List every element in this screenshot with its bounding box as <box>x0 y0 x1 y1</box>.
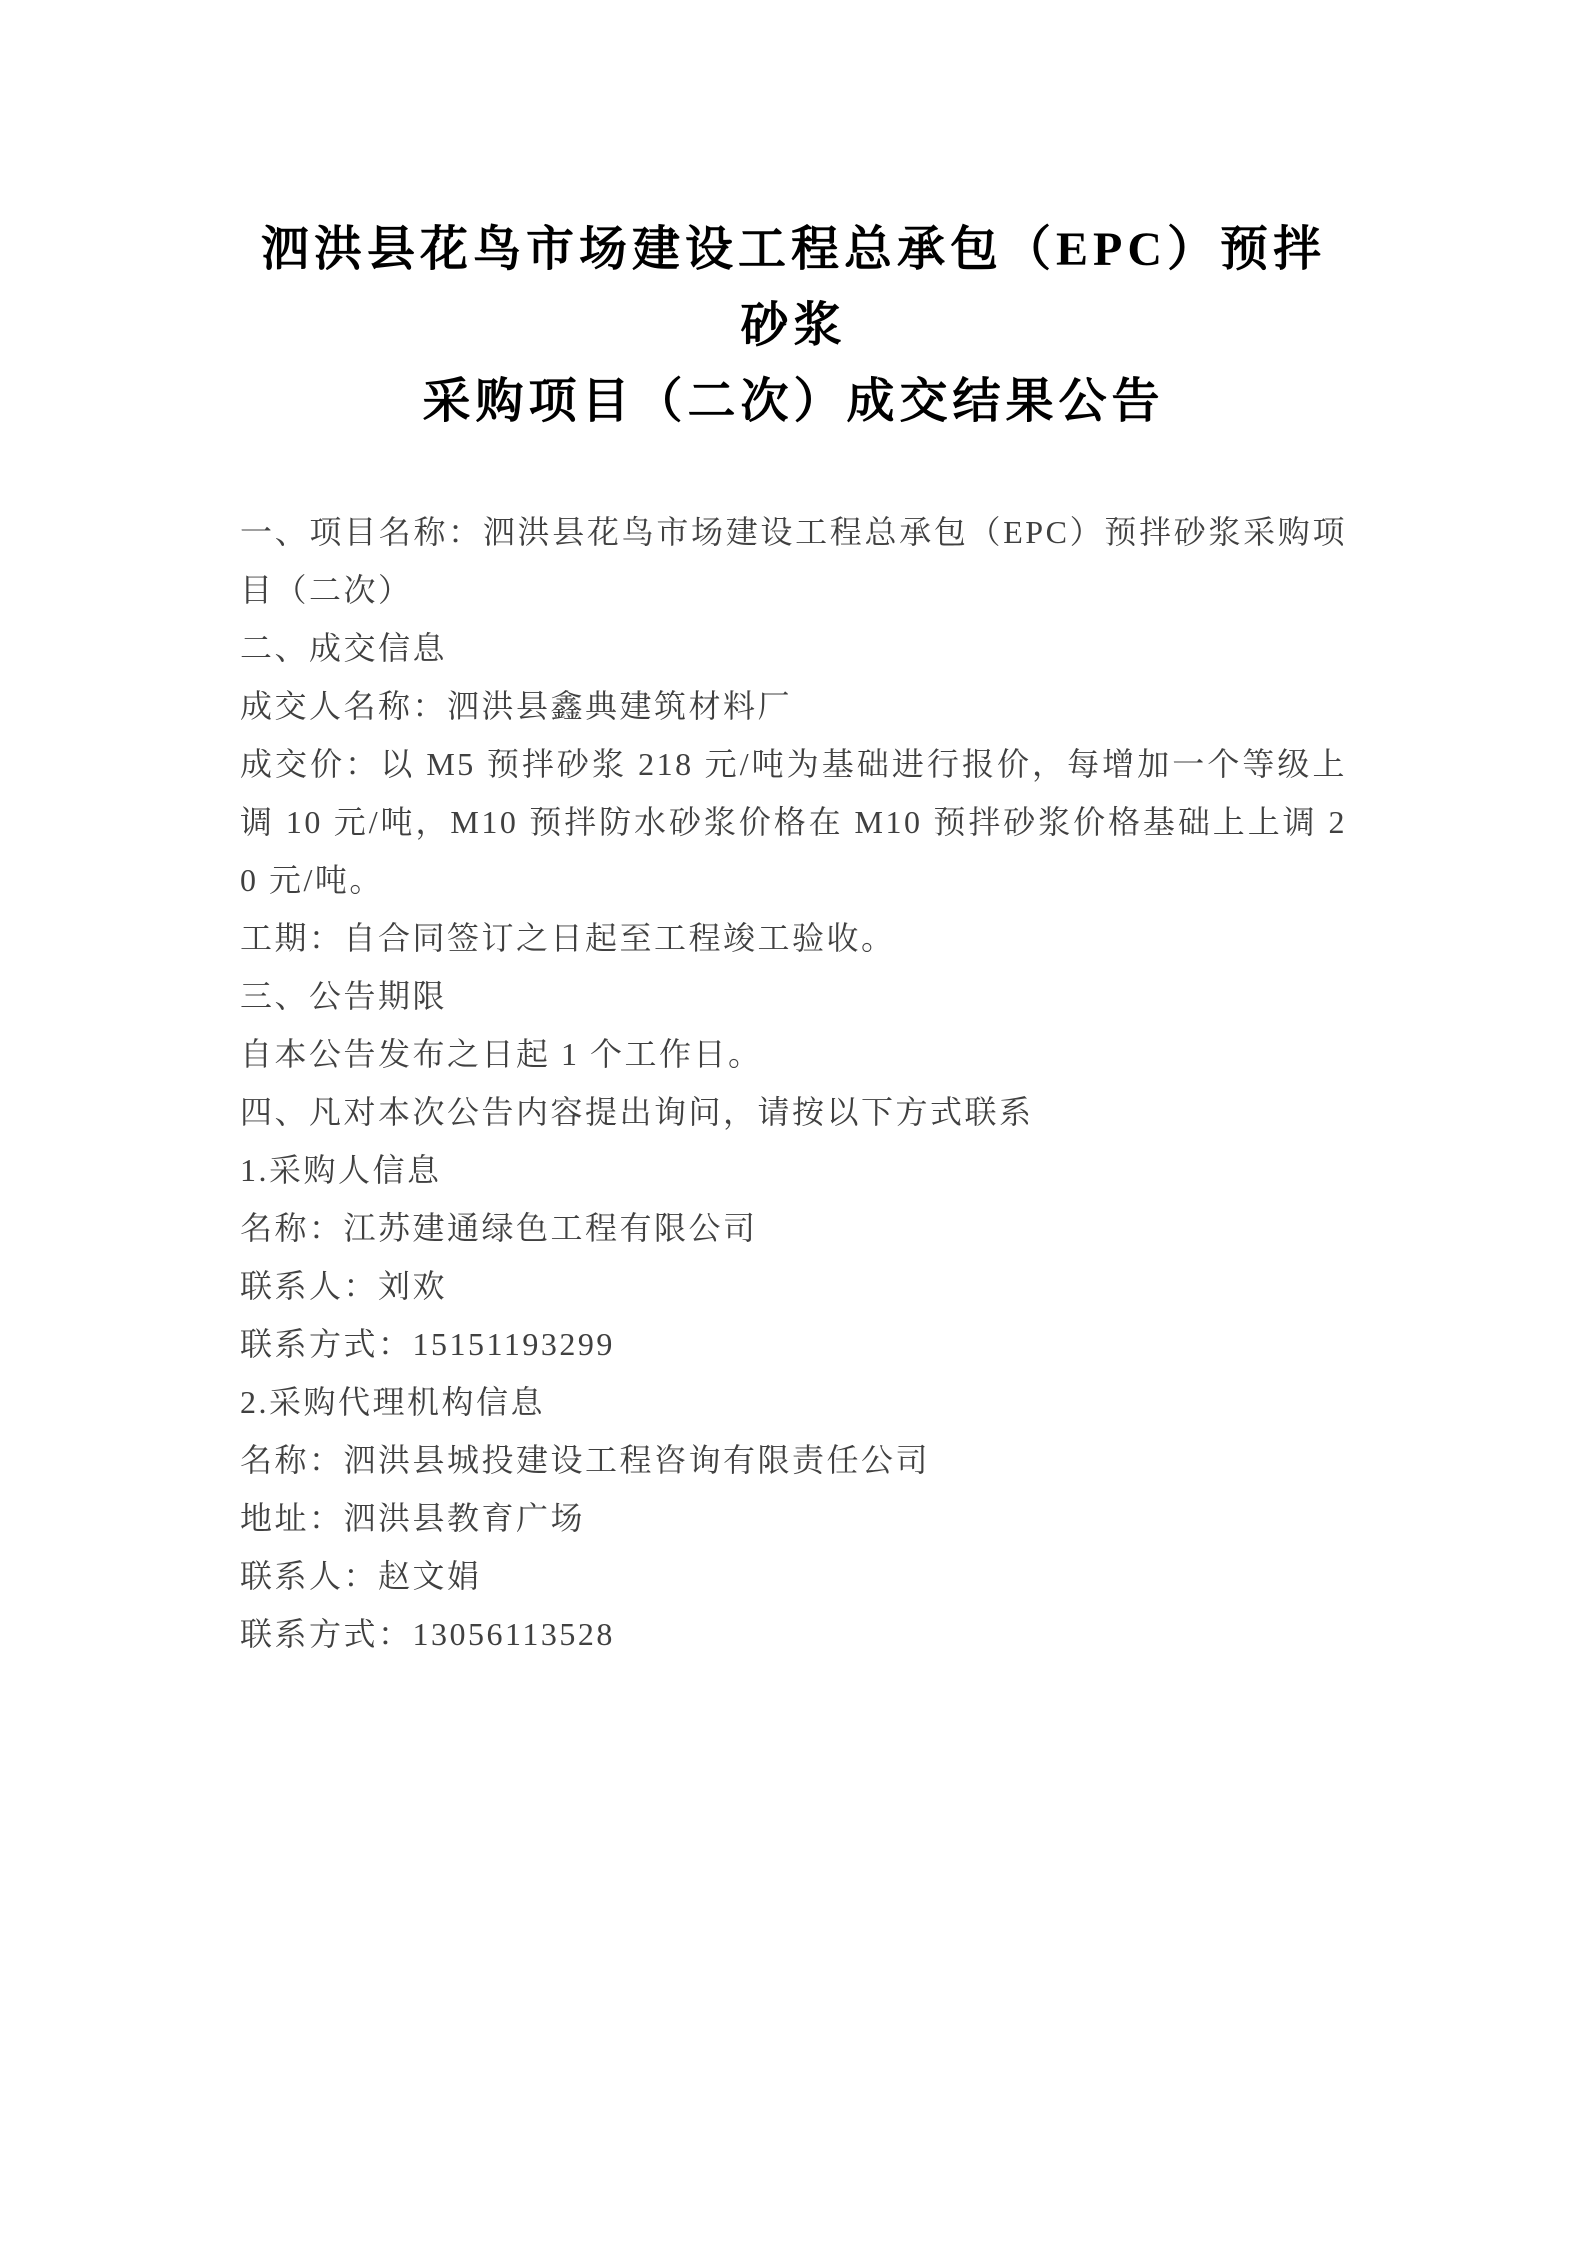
para-purchaser-name: 名称：江苏建通绿色工程有限公司 <box>240 1199 1347 1257</box>
document-title-line-2: 采购项目（二次）成交结果公告 <box>240 364 1347 440</box>
para-project-duration: 工期：自合同签订之日起至工程竣工验收。 <box>240 909 1347 967</box>
para-agency-phone: 联系方式：13056113528 <box>240 1605 1347 1663</box>
para-agency-address: 地址：泗洪县教育广场 <box>240 1489 1347 1547</box>
para-purchaser-phone: 联系方式：15151193299 <box>240 1315 1347 1373</box>
para-winning-price: 成交价：以 M5 预拌砂浆 218 元/吨为基础进行报价，每增加一个等级上调 1… <box>240 735 1347 909</box>
para-project-name: 一、项目名称：泗洪县花鸟市场建设工程总承包（EPC）预拌砂浆采购项目（二次） <box>240 503 1347 619</box>
document-title: 泗洪县花鸟市场建设工程总承包（EPC）预拌砂浆 采购项目（二次）成交结果公告 <box>240 212 1347 440</box>
para-announcement-period: 自本公告发布之日起 1 个工作日。 <box>240 1025 1347 1083</box>
para-agency-info-heading: 2.采购代理机构信息 <box>240 1373 1347 1431</box>
para-section-4-heading: 四、凡对本次公告内容提出询问，请按以下方式联系 <box>240 1083 1347 1141</box>
para-agency-name: 名称：泗洪县城投建设工程咨询有限责任公司 <box>240 1431 1347 1489</box>
document-page: 泗洪县花鸟市场建设工程总承包（EPC）预拌砂浆 采购项目（二次）成交结果公告 一… <box>0 0 1587 2245</box>
para-purchaser-contact: 联系人：刘欢 <box>240 1257 1347 1315</box>
document-title-line-1: 泗洪县花鸟市场建设工程总承包（EPC）预拌砂浆 <box>240 212 1347 364</box>
document-body: 一、项目名称：泗洪县花鸟市场建设工程总承包（EPC）预拌砂浆采购项目（二次） 二… <box>240 503 1347 1663</box>
para-winner-name: 成交人名称：泗洪县鑫典建筑材料厂 <box>240 677 1347 735</box>
para-agency-contact: 联系人：赵文娟 <box>240 1547 1347 1605</box>
para-section-2-heading: 二、成交信息 <box>240 619 1347 677</box>
para-purchaser-info-heading: 1.采购人信息 <box>240 1141 1347 1199</box>
para-section-3-heading: 三、公告期限 <box>240 967 1347 1025</box>
